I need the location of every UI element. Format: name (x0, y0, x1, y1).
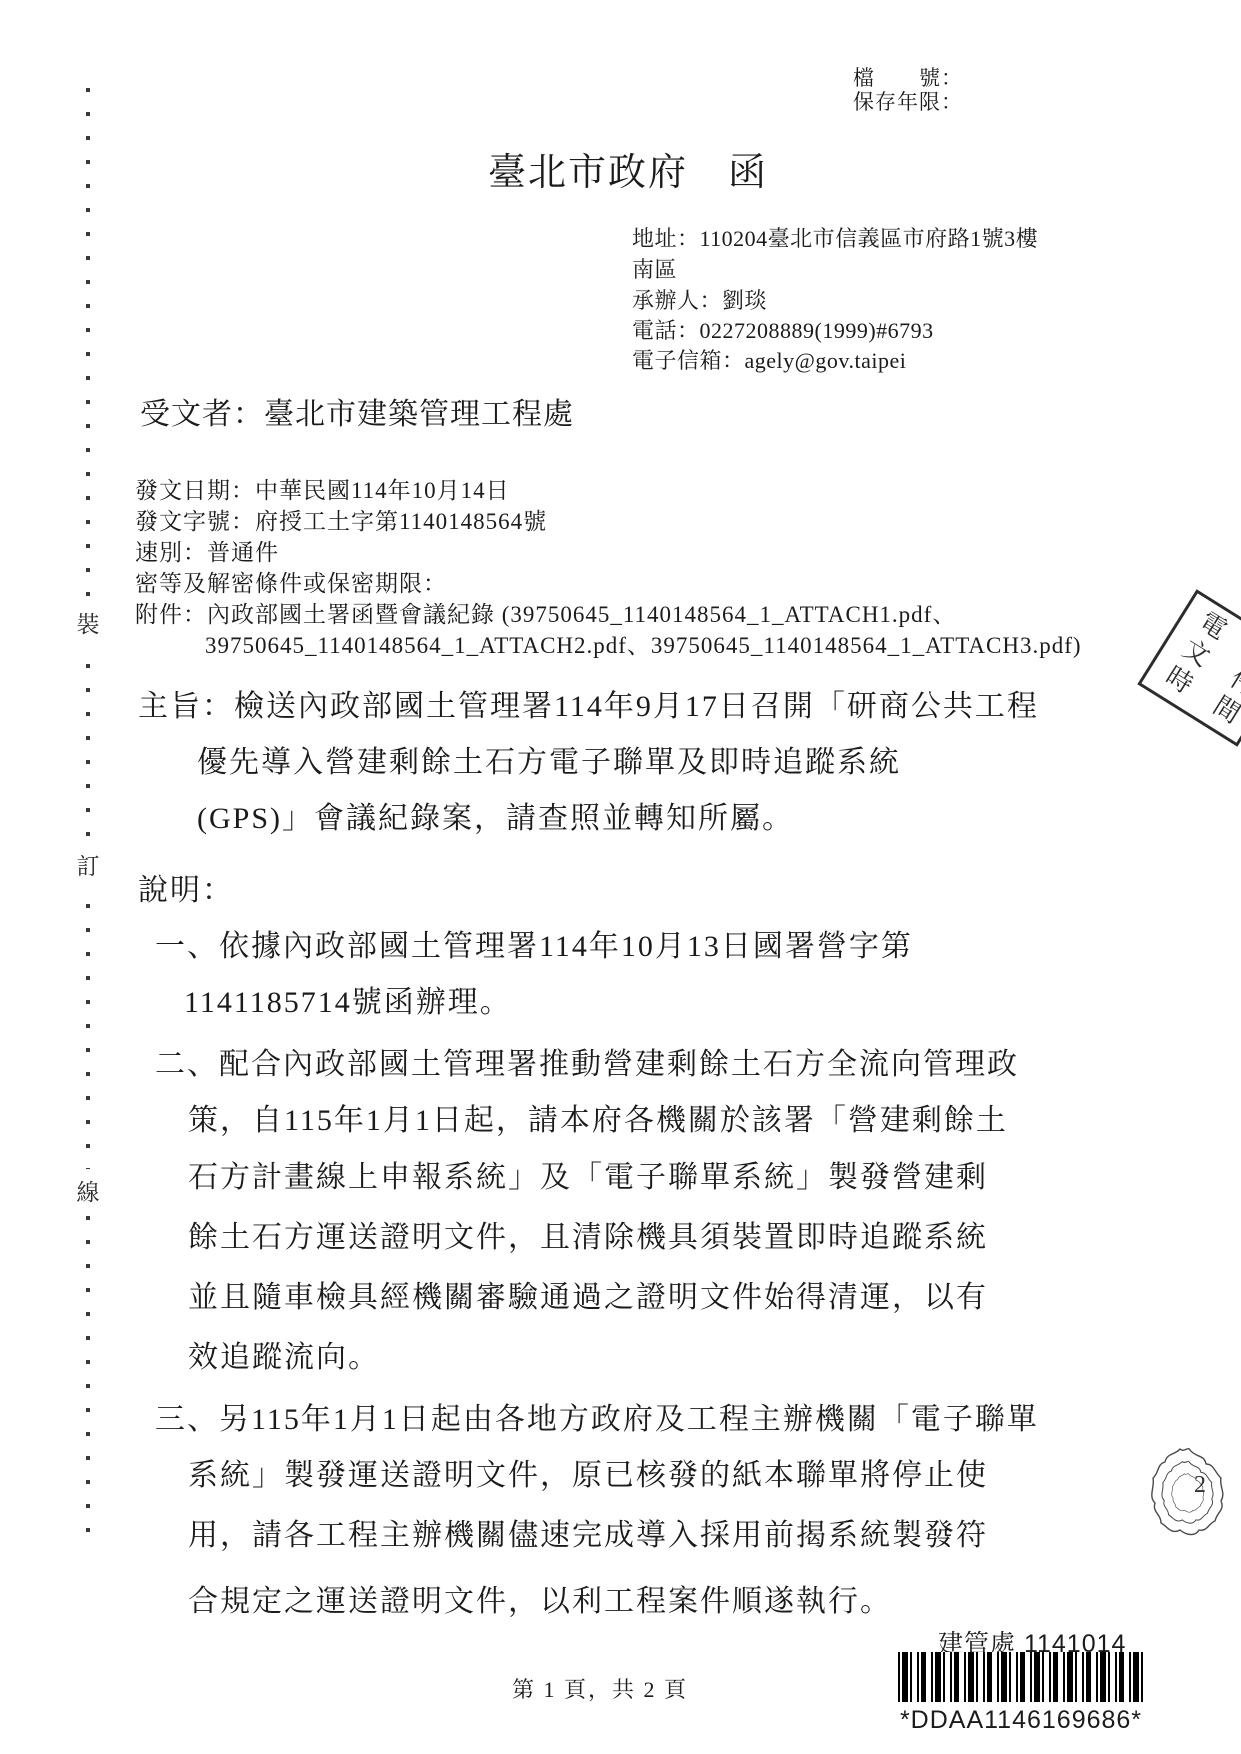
document-title: 臺北市政府 函 (488, 152, 768, 196)
item-3-line-4: 合規定之運送證明文件，以利工程案件順遂執行。 (188, 1585, 892, 1620)
item-2-line-2: 策，自115年1月1日起，請本府各機關於該署「營建剩餘土 (188, 1104, 1008, 1139)
attachment-line-1: 附件：內政部國土署函暨會議紀錄 (39750645_1140148564_1_A… (135, 602, 956, 628)
electronic-exchange-stamp: 電文時 子件間 (1137, 589, 1241, 747)
sender-address-line-1: 地址：110204臺北市信義區市府路1號3樓 (632, 226, 1038, 251)
priority-line: 速別：普通件 (135, 540, 279, 566)
sender-address-line-2: 南區 (632, 257, 677, 282)
sender-email: 電子信箱：agely@gov.taipei (632, 348, 906, 373)
item-2-line-6: 效追蹤流向。 (188, 1341, 380, 1376)
binding-mark-zhuang: 裝 (74, 601, 102, 644)
sender-phone: 電話：0227208889(1999)#6793 (632, 318, 934, 343)
item-3-line-2: 系統」製發運送證明文件，原已核發的紙本聯單將停止使 (188, 1459, 988, 1494)
issue-date-line: 發文日期：中華民國114年10月14日 (135, 478, 510, 504)
file-number-label: 檔 號： (853, 66, 963, 90)
item-3-line-3: 用，請各工程主辦機關儘速完成導入採用前揭系統製發符 (188, 1519, 988, 1554)
barcode (898, 1652, 1144, 1702)
item-2-line-5: 並且隨車檢具經機關審驗通過之證明文件始得清運，以有 (188, 1281, 988, 1316)
subject-line-2: 優先導入營建剩餘土石方電子聯單及即時追蹤系統 (197, 746, 901, 781)
explanation-heading: 說明： (138, 874, 234, 909)
page-seal-number: 2 (1194, 1472, 1206, 1498)
recipient-line: 受文者：臺北市建築管理工程處 (140, 398, 574, 433)
binding-mark-ding: 訂 (74, 843, 102, 886)
sender-contact-person: 承辦人：劉琰 (632, 288, 767, 313)
item-2-line-4: 餘土石方運送證明文件，且清除機具須裝置即時追蹤系統 (188, 1221, 988, 1256)
doc-number-line: 發文字號：府授工土字第1140148564號 (135, 509, 547, 535)
attachment-line-2: 39750645_1140148564_1_ATTACH2.pdf、397506… (205, 633, 1082, 659)
item-1-line-2: 1141185714號函辦理。 (184, 986, 512, 1021)
exchange-stamp-text-left: 電文時 (1157, 606, 1230, 701)
barcode-text: *DDAA1146169686* (898, 1706, 1144, 1735)
subject-line-1: 主旨：檢送內政部國土管理署114年9月17日召開「研商公共工程 (138, 690, 1039, 725)
security-line: 密等及解密條件或保密期限： (135, 571, 447, 597)
page-seal: 2 (1150, 1444, 1226, 1550)
item-1-line-1: 一、依據內政部國土管理署114年10月13日國署營字第 (155, 930, 913, 965)
official-letter-page: 裝 訂 線 檔 號： 保存年限： 臺北市政府 函 地址：110204臺北市信義區… (0, 0, 1241, 1754)
item-3-line-1: 三、另115年1月1日起由各地方政府及工程主辦機關「電子聯單 (155, 1403, 1039, 1438)
retention-period-label: 保存年限： (853, 90, 963, 114)
subject-line-3: (GPS)」會議紀錄案，請查照並轉知所屬。 (197, 802, 794, 837)
item-2-line-1: 二、配合內政部國土管理署推動營建剩餘土石方全流向管理政 (155, 1048, 1019, 1083)
page-indicator: 第 1 頁，共 2 頁 (512, 1677, 688, 1702)
item-2-line-3: 石方計畫線上申報系統」及「電子聯單系統」製發營建剩 (188, 1161, 988, 1196)
binding-mark-xian: 線 (74, 1169, 102, 1212)
binding-dotted-line (86, 88, 90, 1548)
